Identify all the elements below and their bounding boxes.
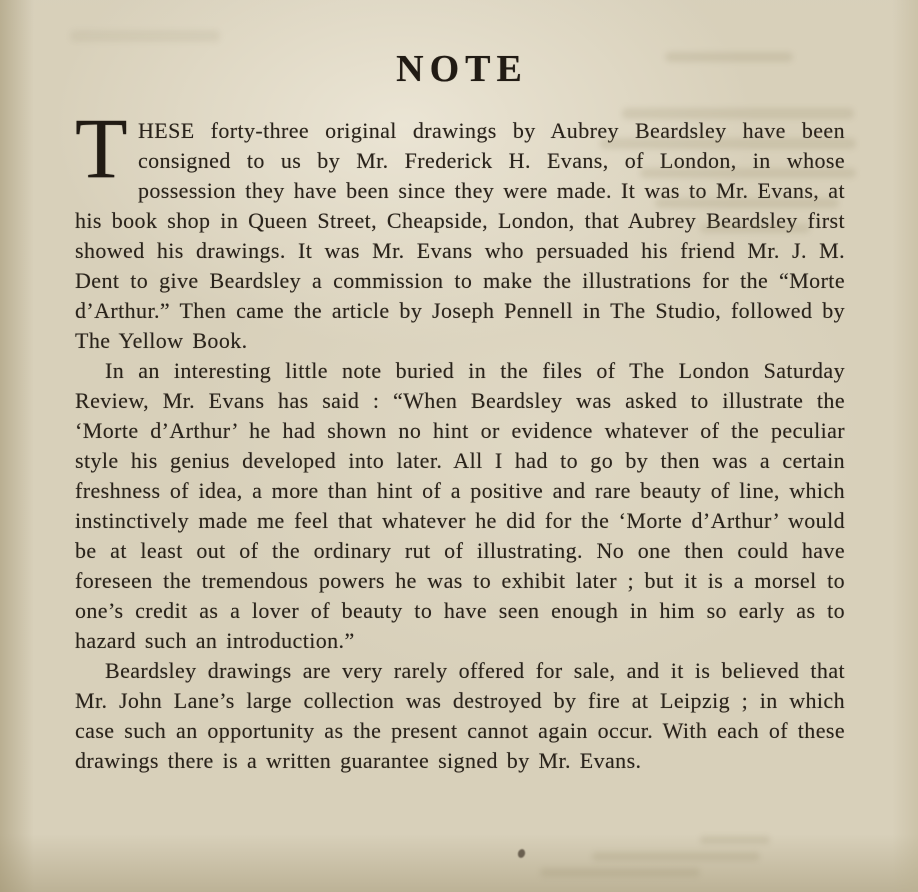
paragraph-2: In an interesting little note buried in … (75, 356, 845, 656)
scanned-book-page: NOTE THESE forty-three original drawings… (0, 0, 918, 892)
ink-speck (517, 848, 526, 859)
bleed-through-mark (700, 224, 810, 233)
bleed-through-mark (540, 868, 700, 877)
bleed-through-mark (700, 836, 770, 844)
bleed-through-mark (592, 852, 760, 861)
paragraph-1: THESE forty-three original drawings by A… (75, 116, 845, 356)
bleed-through-mark (600, 138, 856, 149)
paragraph-1-lead: HESE (138, 118, 195, 143)
bleed-through-mark (70, 30, 220, 42)
paragraph-3: Beardsley drawings are very rarely offer… (75, 656, 845, 776)
drop-cap-initial: T (75, 119, 128, 179)
bleed-through-mark (622, 108, 854, 119)
page-title: NOTE (0, 0, 918, 92)
bleed-through-mark (640, 168, 856, 178)
bleed-through-mark (655, 198, 839, 208)
paragraph-1-text: forty-three original drawings by Aubrey … (75, 118, 845, 353)
note-text-block: THESE forty-three original drawings by A… (75, 116, 845, 776)
bleed-through-mark (665, 52, 793, 62)
